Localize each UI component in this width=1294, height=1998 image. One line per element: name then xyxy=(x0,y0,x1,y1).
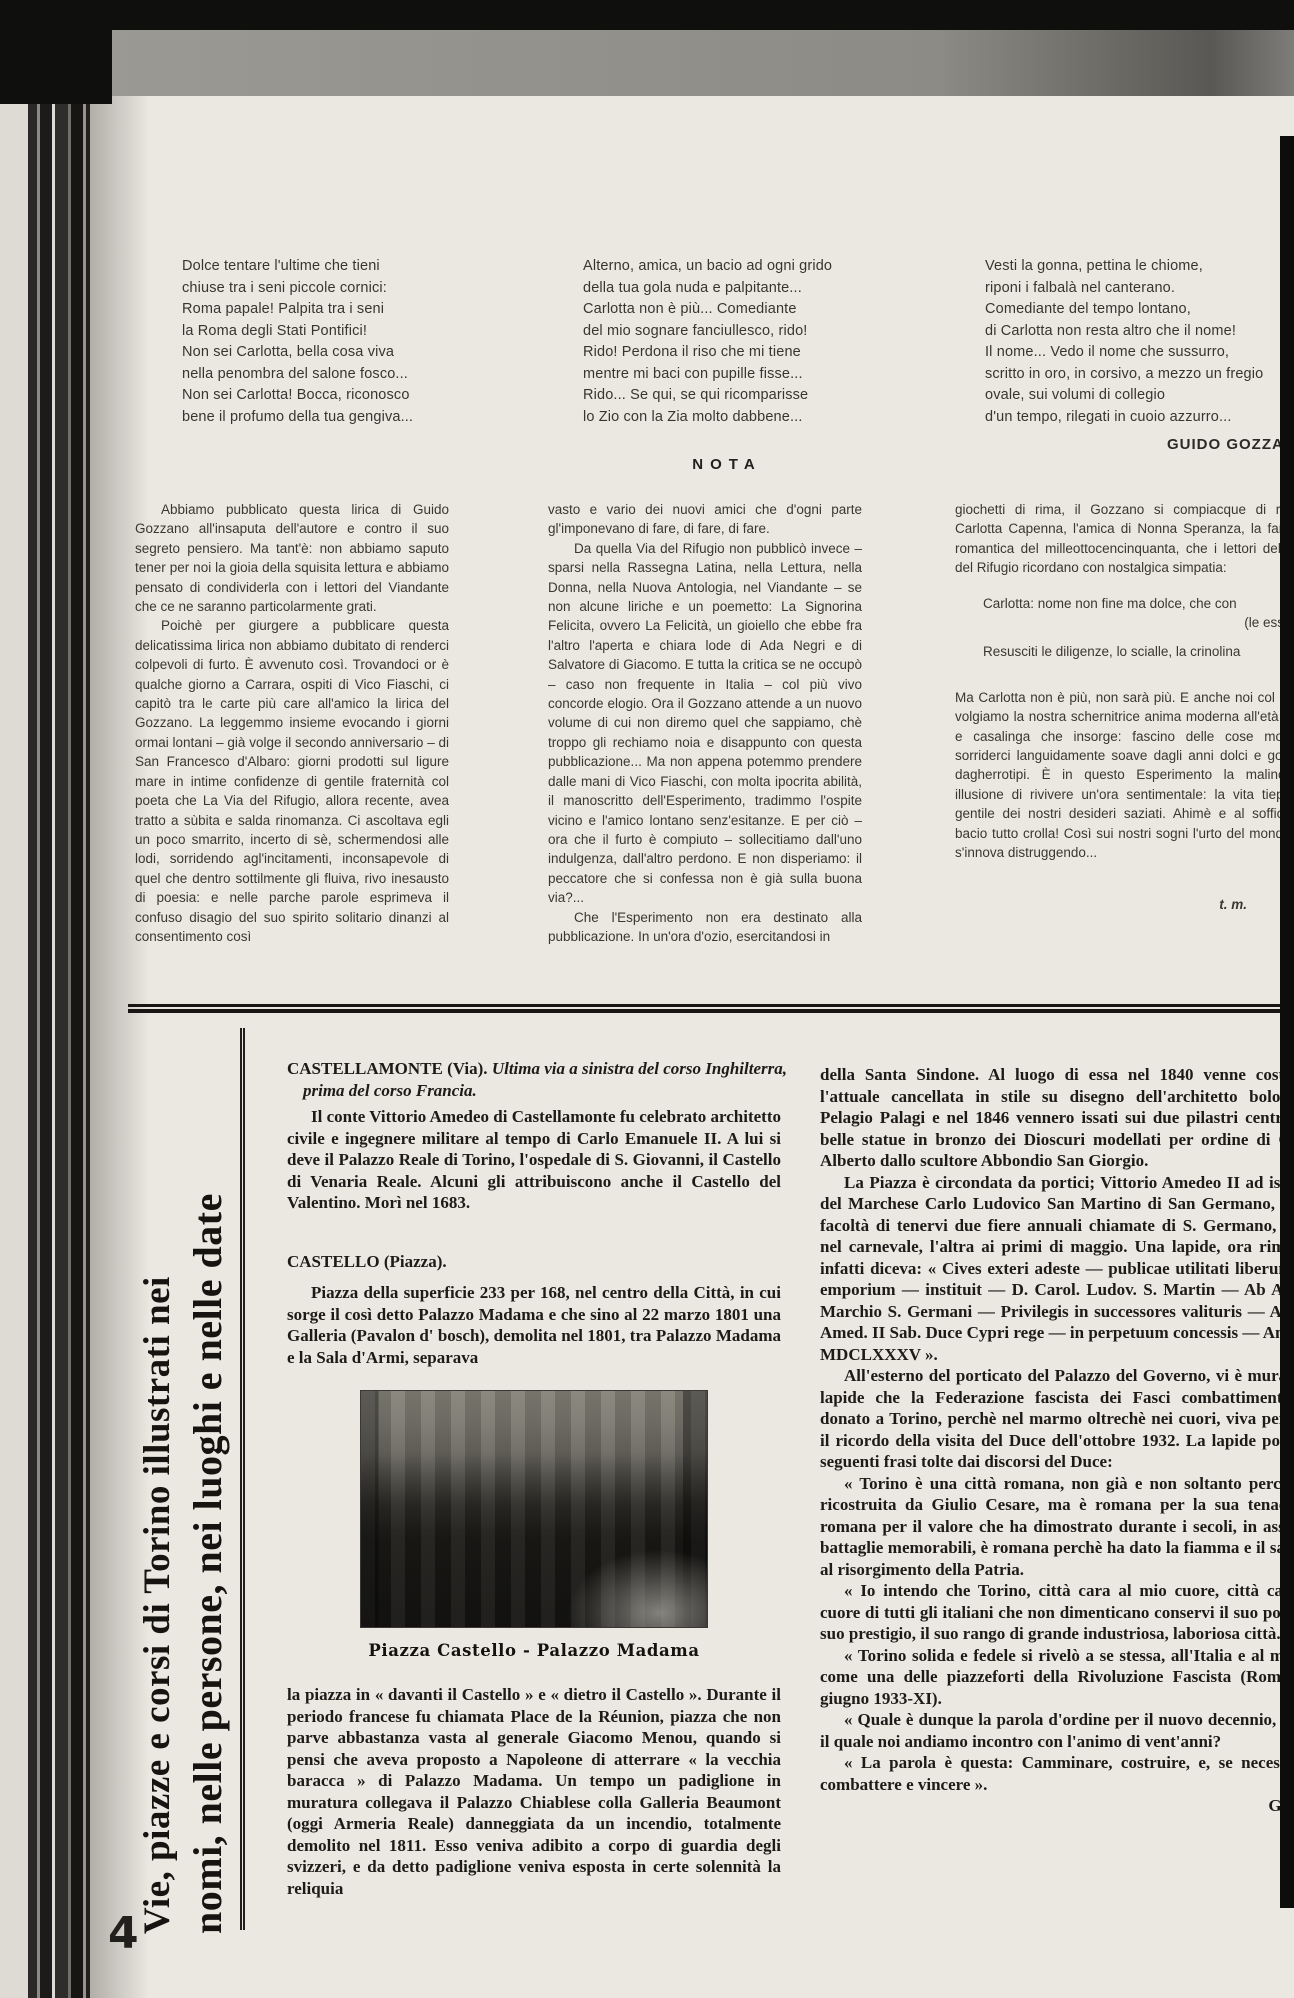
feature-paragraph: della Santa Sindone. Al luogo di essa ne… xyxy=(820,1064,1294,1172)
poem-stanza-3: Vesti la gonna, pettina le chiome, ripon… xyxy=(985,256,1263,428)
nota-paragraph: giochetti di rima, il Gozzano si compiac… xyxy=(955,500,1294,578)
poem-line: del mio sognare fanciullesco, rido! xyxy=(583,321,832,343)
scan-black-corner xyxy=(0,0,112,104)
poem-line: Non sei Carlotta! Bocca, riconosco xyxy=(182,385,413,407)
book-spine-edge xyxy=(28,96,90,1998)
headline-line-1: Vie, piazze e corsi di Torino illustrati… xyxy=(134,1028,182,1934)
feature-paragraph: « Torino è una città romana, non già e n… xyxy=(820,1473,1294,1581)
poem-line: scritto in oro, in corsivo, a mezzo un f… xyxy=(985,364,1263,386)
poem-line: Vesti la gonna, pettina le chiome, xyxy=(985,256,1263,278)
scanner-background-left xyxy=(0,96,30,1998)
poem-stanza-2: Alterno, amica, un bacio ad ogni grido d… xyxy=(583,256,832,428)
poem-line: Roma papale! Palpita tra i seni xyxy=(182,299,413,321)
vertical-double-rule xyxy=(240,1028,245,1930)
poem-line: bene il profumo della tua gengiva... xyxy=(182,407,413,429)
section-divider-rule xyxy=(128,1004,1284,1013)
nota-paragraph: Poichè per giurgere a pubblicare questa … xyxy=(135,616,449,946)
photo-caption: Piazza Castello - Palazzo Madama xyxy=(352,1641,716,1660)
feature-paragraph: « Io intendo che Torino, città cara al m… xyxy=(820,1580,1294,1645)
entry-castellamonte-body: Il conte Vittorio Amedeo di Castellamont… xyxy=(287,1106,781,1214)
nota-paragraph: Ma Carlotta non è più, non sarà più. E a… xyxy=(955,688,1294,863)
poem-line: nella penombra del salone fosco... xyxy=(182,364,413,386)
entry-castellamonte-heading: CASTELLAMONTE (Via). Ultima via a sinist… xyxy=(287,1058,797,1101)
poem-line: della tua gola nuda e palpitante... xyxy=(583,278,832,300)
nota-column-1: Abbiamo pubblicato questa lirica di Guid… xyxy=(135,500,449,946)
feature-paragraph: « Torino solida e fedele si rivelò a se … xyxy=(820,1645,1294,1710)
scan-black-band-top xyxy=(0,0,1294,30)
poem-line: Rido! Perdona il riso che mi tiene xyxy=(583,342,832,364)
poem-line: Il nome... Vedo il nome che sussurro, xyxy=(985,342,1263,364)
catchword: Gi- xyxy=(820,1795,1294,1817)
poem-line: Carlotta non è più... Comediante xyxy=(583,299,832,321)
nota-paragraph: Che l'Esperimento non era destinato alla… xyxy=(548,908,862,947)
quoted-verse-line: Resusciti le diligenze, lo scialle, la c… xyxy=(955,642,1294,661)
feature-vertical-headline: Vie, piazze e corsi di Torino illustrati… xyxy=(134,1028,238,1934)
nota-editor-signature: t. m. xyxy=(955,895,1294,914)
nota-paragraph: Abbiamo pubblicato questa lirica di Guid… xyxy=(135,500,449,616)
poem-author-signature: GUIDO GOZZANO xyxy=(1167,436,1294,453)
nota-heading: NOTA xyxy=(597,456,857,473)
poem-line: di Carlotta non resta altro che il nome! xyxy=(985,321,1263,343)
headline-line-2: nomi, nelle persone, nei luoghi e nelle … xyxy=(182,1028,234,1934)
quoted-verse-fragment: (le essen xyxy=(955,613,1294,632)
entry-castello-body-continued: la piazza in « davanti il Castello » e «… xyxy=(287,1684,781,1899)
feature-paragraph: « La parola è questa: Camminare, costrui… xyxy=(820,1752,1294,1795)
piazza-castello-photo xyxy=(360,1390,708,1628)
feature-right-column: della Santa Sindone. Al luogo di essa ne… xyxy=(820,1064,1294,1817)
feature-paragraph: « Quale è dunque la parola d'ordine per … xyxy=(820,1709,1294,1752)
poem-line: la Roma degli Stati Pontifici! xyxy=(182,321,413,343)
feature-paragraph: La Piazza è circondata da portici; Vitto… xyxy=(820,1172,1294,1366)
poem-line: d'un tempo, rilegati in cuoio azzurro... xyxy=(985,407,1263,429)
scan-gray-band xyxy=(100,28,1294,96)
poem-line: mentre mi baci con pupille fisse... xyxy=(583,364,832,386)
feature-paragraph: Piazza della superficie 233 per 168, nel… xyxy=(287,1282,781,1368)
scan-black-edge-right xyxy=(1280,136,1294,1908)
page-number: 4 xyxy=(108,1908,139,1959)
nota-paragraph: Da quella Via del Rifugio non pubblicò i… xyxy=(548,539,862,908)
nota-column-3: giochetti di rima, il Gozzano si compiac… xyxy=(955,500,1294,914)
poem-line: ovale, sui volumi di collegio xyxy=(985,385,1263,407)
entry-title: CASTELLAMONTE (Via). xyxy=(287,1059,488,1078)
poem-line: Rido... Se qui, se qui ricomparisse xyxy=(583,385,832,407)
poem-line: Alterno, amica, un bacio ad ogni grido xyxy=(583,256,832,278)
feature-paragraph: la piazza in « davanti il Castello » e «… xyxy=(287,1684,781,1899)
quoted-verse-line: Carlotta: nome non fine ma dolce, che co… xyxy=(955,594,1294,613)
entry-castello-heading: CASTELLO (Piazza). xyxy=(287,1251,781,1273)
nota-column-2: vasto e vario dei nuovi amici che d'ogni… xyxy=(548,500,862,946)
feature-paragraph: All'esterno del porticato del Palazzo de… xyxy=(820,1365,1294,1473)
poem-line: riponi i falbalà nel canterano. xyxy=(985,278,1263,300)
feature-paragraph: Il conte Vittorio Amedeo di Castellamont… xyxy=(287,1106,781,1214)
poem-line: Non sei Carlotta, bella cosa viva xyxy=(182,342,413,364)
poem-line: lo Zio con la Zia molto dabbene... xyxy=(583,407,832,429)
poem-line: Comediante del tempo lontano, xyxy=(985,299,1263,321)
entry-castello-body: Piazza della superficie 233 per 168, nel… xyxy=(287,1282,781,1368)
poem-line: Dolce tentare l'ultime che tieni xyxy=(182,256,413,278)
poem-stanza-1: Dolce tentare l'ultime che tieni chiuse … xyxy=(182,256,413,428)
entry-title: CASTELLO (Piazza). xyxy=(287,1252,447,1271)
nota-paragraph: vasto e vario dei nuovi amici che d'ogni… xyxy=(548,500,862,539)
poem-line: chiuse tra i seni piccole cornici: xyxy=(182,278,413,300)
scanned-magazine-page: Dolce tentare l'ultime che tieni chiuse … xyxy=(0,0,1294,1998)
